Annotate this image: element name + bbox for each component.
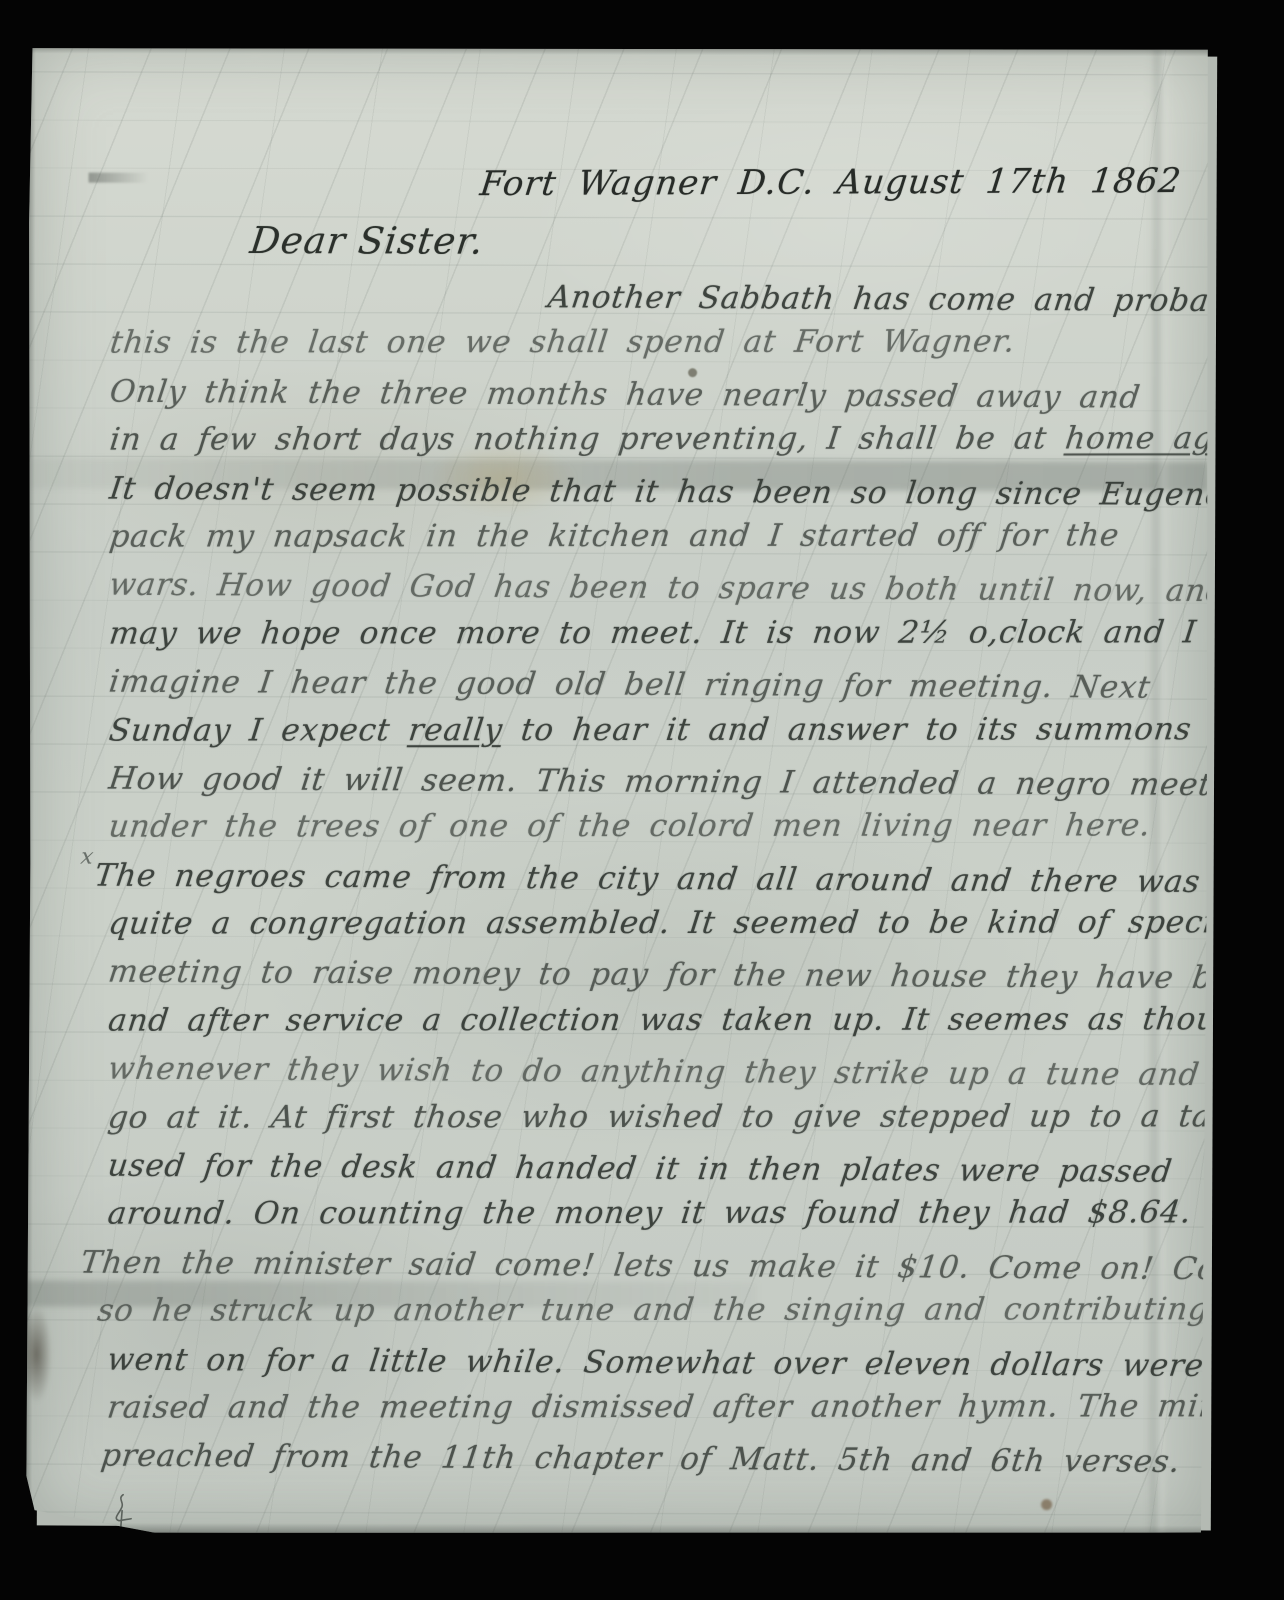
letter-line: imagine I hear the good old bell ringing… bbox=[106, 658, 1204, 713]
insertion-mark: x bbox=[79, 845, 95, 870]
letter-line: whenever they wish to do anything they s… bbox=[105, 1045, 1203, 1100]
letter-line: Sunday I expect really to hear it and an… bbox=[106, 705, 1204, 755]
letter-line: raised and the meeting dismissed after a… bbox=[104, 1382, 1202, 1432]
letter-line: and after service a collection was taken… bbox=[105, 995, 1203, 1045]
letter-line: in a few short days nothing preventing, … bbox=[107, 415, 1205, 465]
letter-line: wars. How good God has been to spare us … bbox=[106, 561, 1204, 616]
letter-line: so he struck up another tune and the sin… bbox=[95, 1286, 1203, 1336]
scanned-letter-photo: Fort Wagner D.C. August 17th 1862 Dear S… bbox=[0, 0, 1284, 1600]
pen-flourish-mark bbox=[109, 1493, 137, 1543]
letter-line: under the trees of one of the colord men… bbox=[106, 802, 1204, 852]
letter-salutation: Dear Sister. bbox=[248, 219, 487, 263]
letter-dateline: Fort Wagner D.C. August 17th 1862 bbox=[478, 161, 1184, 204]
letter-line: go at it. At first those who wished to g… bbox=[105, 1092, 1203, 1142]
letter-line: quite a congregation assembled. It seeme… bbox=[106, 898, 1204, 948]
letter-line: around. On counting the money it was fou… bbox=[105, 1189, 1203, 1239]
letter-paper: Fort Wagner D.C. August 17th 1862 Dear S… bbox=[25, 44, 1209, 1535]
letter-line: preached from the 11th chapter of Matt. … bbox=[98, 1432, 1202, 1487]
letter-content: Fort Wagner D.C. August 17th 1862 Dear S… bbox=[25, 44, 1209, 1535]
letter-line: pack my napsack in the kitchen and I sta… bbox=[107, 511, 1205, 561]
letter-line: may we hope once more to meet. It is now… bbox=[106, 608, 1204, 658]
letter-line: this is the last one we shall spend at F… bbox=[107, 318, 1205, 368]
letter-body: Another Sabbath has come and probablythi… bbox=[107, 271, 1202, 1484]
